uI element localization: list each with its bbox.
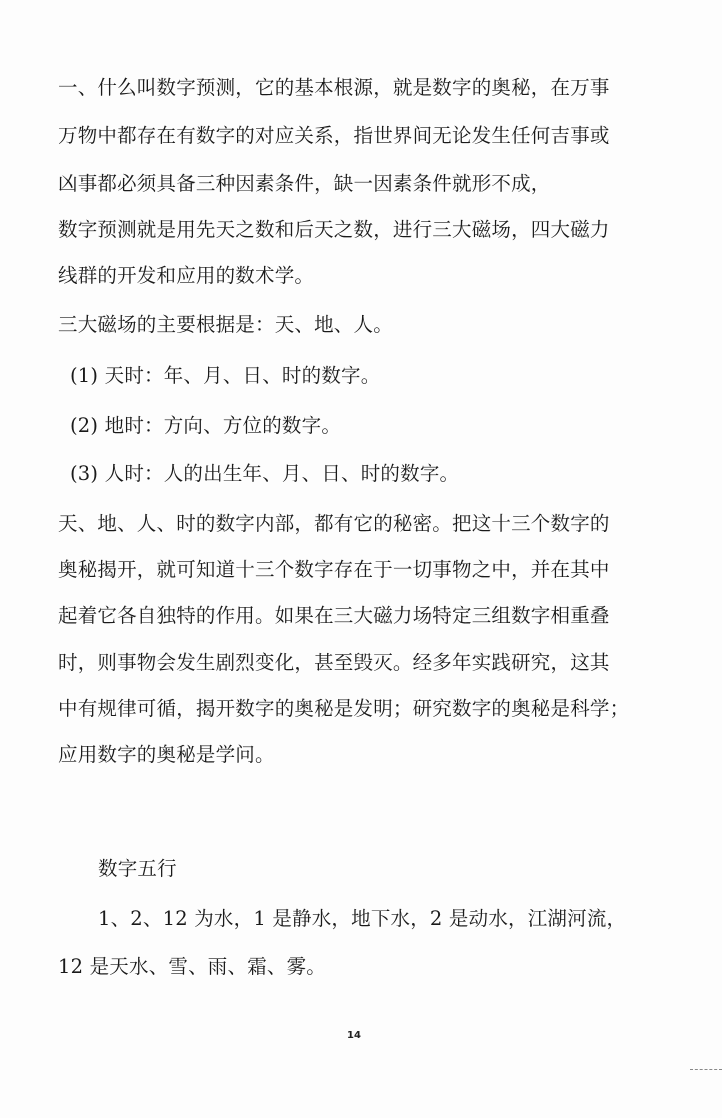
list-item-earth-time: (2) 地时：方向、方位的数字。 [70,414,341,438]
three-fields-line: 三大磁场的主要根据是：天、地、人。 [58,313,393,337]
secret-line-3: 起着它各自独特的作用。如果在三大磁力场特定三组数字相重叠 [58,604,610,628]
secret-line-4: 时，则事物会发生剧烈变化，甚至毁灭。经多年实践研究，这其 [58,651,610,675]
scan-edge-mark [690,1069,722,1070]
definition-line-2: 线群的开发和应用的数术学。 [58,264,314,288]
section-heading: 数字五行 [98,857,177,881]
list-item-human-time: (3) 人时：人的出生年、月、日、时的数字。 [70,462,459,486]
secret-line-1: 天、地、人、时的数字内部，都有它的秘密。把这十三个数字的 [58,512,610,536]
water-line-1: 1、2、12 为水，1 是静水，地下水，2 是动水，江湖河流， [98,907,626,931]
secret-line-2: 奥秘揭开，就可知道十三个数字存在于一切事物之中，并在其中 [58,558,610,582]
water-line-2: 12 是天水、雪、雨、霜、雾。 [58,955,326,979]
intro-line-1: 一、什么叫数字预测，它的基本根源，就是数字的奥秘，在万事 [58,76,610,100]
list-item-heaven-time: (1) 天时：年、月、日、时的数字。 [70,364,380,388]
intro-line-3: 凶事都必须具备三种因素条件，缺一因素条件就形不成， [58,172,551,196]
secret-line-5: 中有规律可循，揭开数字的奥秘是发明；研究数字的奥秘是科学； [58,697,629,721]
document-page: 一、什么叫数字预测，它的基本根源，就是数字的奥秘，在万事 万物中都存在有数字的对… [0,0,722,1118]
intro-line-2: 万物中都存在有数字的对应关系，指世界间无论发生任何吉事或 [58,124,610,148]
definition-line-1: 数字预测就是用先天之数和后天之数，进行三大磁场，四大磁力 [58,218,610,242]
secret-line-6: 应用数字的奥秘是学问。 [58,743,275,767]
page-number: 14 [347,1030,361,1041]
